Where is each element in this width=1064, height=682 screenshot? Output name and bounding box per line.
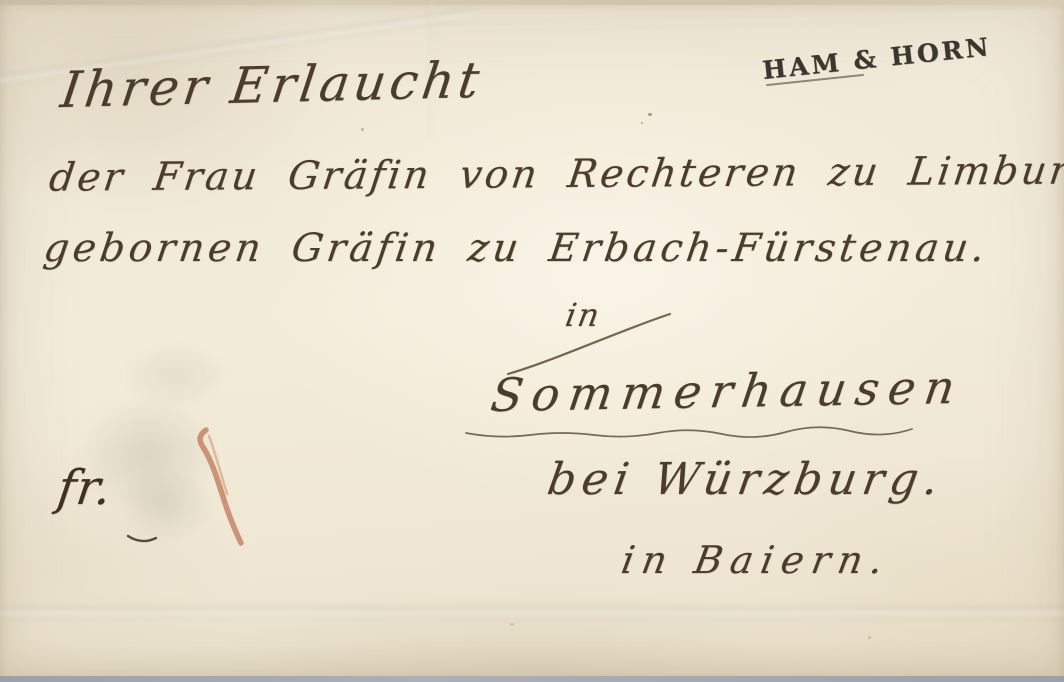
paper-stain (868, 636, 871, 639)
paper-crease (430, 6, 1064, 33)
address-salutation: Ihrer Erlaucht (57, 51, 486, 119)
ink-smudge (118, 468, 213, 543)
postmark-stamp: HAM & HORN (761, 32, 992, 85)
ink-speck (361, 128, 364, 131)
ink-smudge (120, 340, 230, 410)
ink-speck (648, 113, 652, 116)
address-preposition: in (563, 296, 605, 334)
address-district: bei Würzburg. (544, 454, 948, 505)
franco-underline-stroke (128, 536, 156, 541)
crayon-mark (200, 430, 241, 543)
envelope: HAM & HORN Ihrer Erlaucht der Frau Gräfi… (0, 0, 1064, 676)
address-country: in Baiern. (618, 538, 894, 582)
address-town: Sommerhausen (488, 360, 968, 422)
paper-fold-shadow (0, 606, 1064, 619)
franco-note: fr. (54, 460, 116, 516)
town-underline-stroke (466, 427, 912, 437)
paper-stain (510, 623, 514, 626)
ink-speck (641, 122, 643, 124)
address-recipient-line2: gebornen Gräfin zu Erbach-Fürstenau. (41, 226, 992, 271)
scanned-envelope-photo: HAM & HORN Ihrer Erlaucht der Frau Gräfi… (0, 0, 1064, 682)
address-recipient-line: der Frau Gräfin von Rechteren zu Limburg (46, 148, 1064, 200)
envelope-top-edge (0, 0, 1064, 5)
